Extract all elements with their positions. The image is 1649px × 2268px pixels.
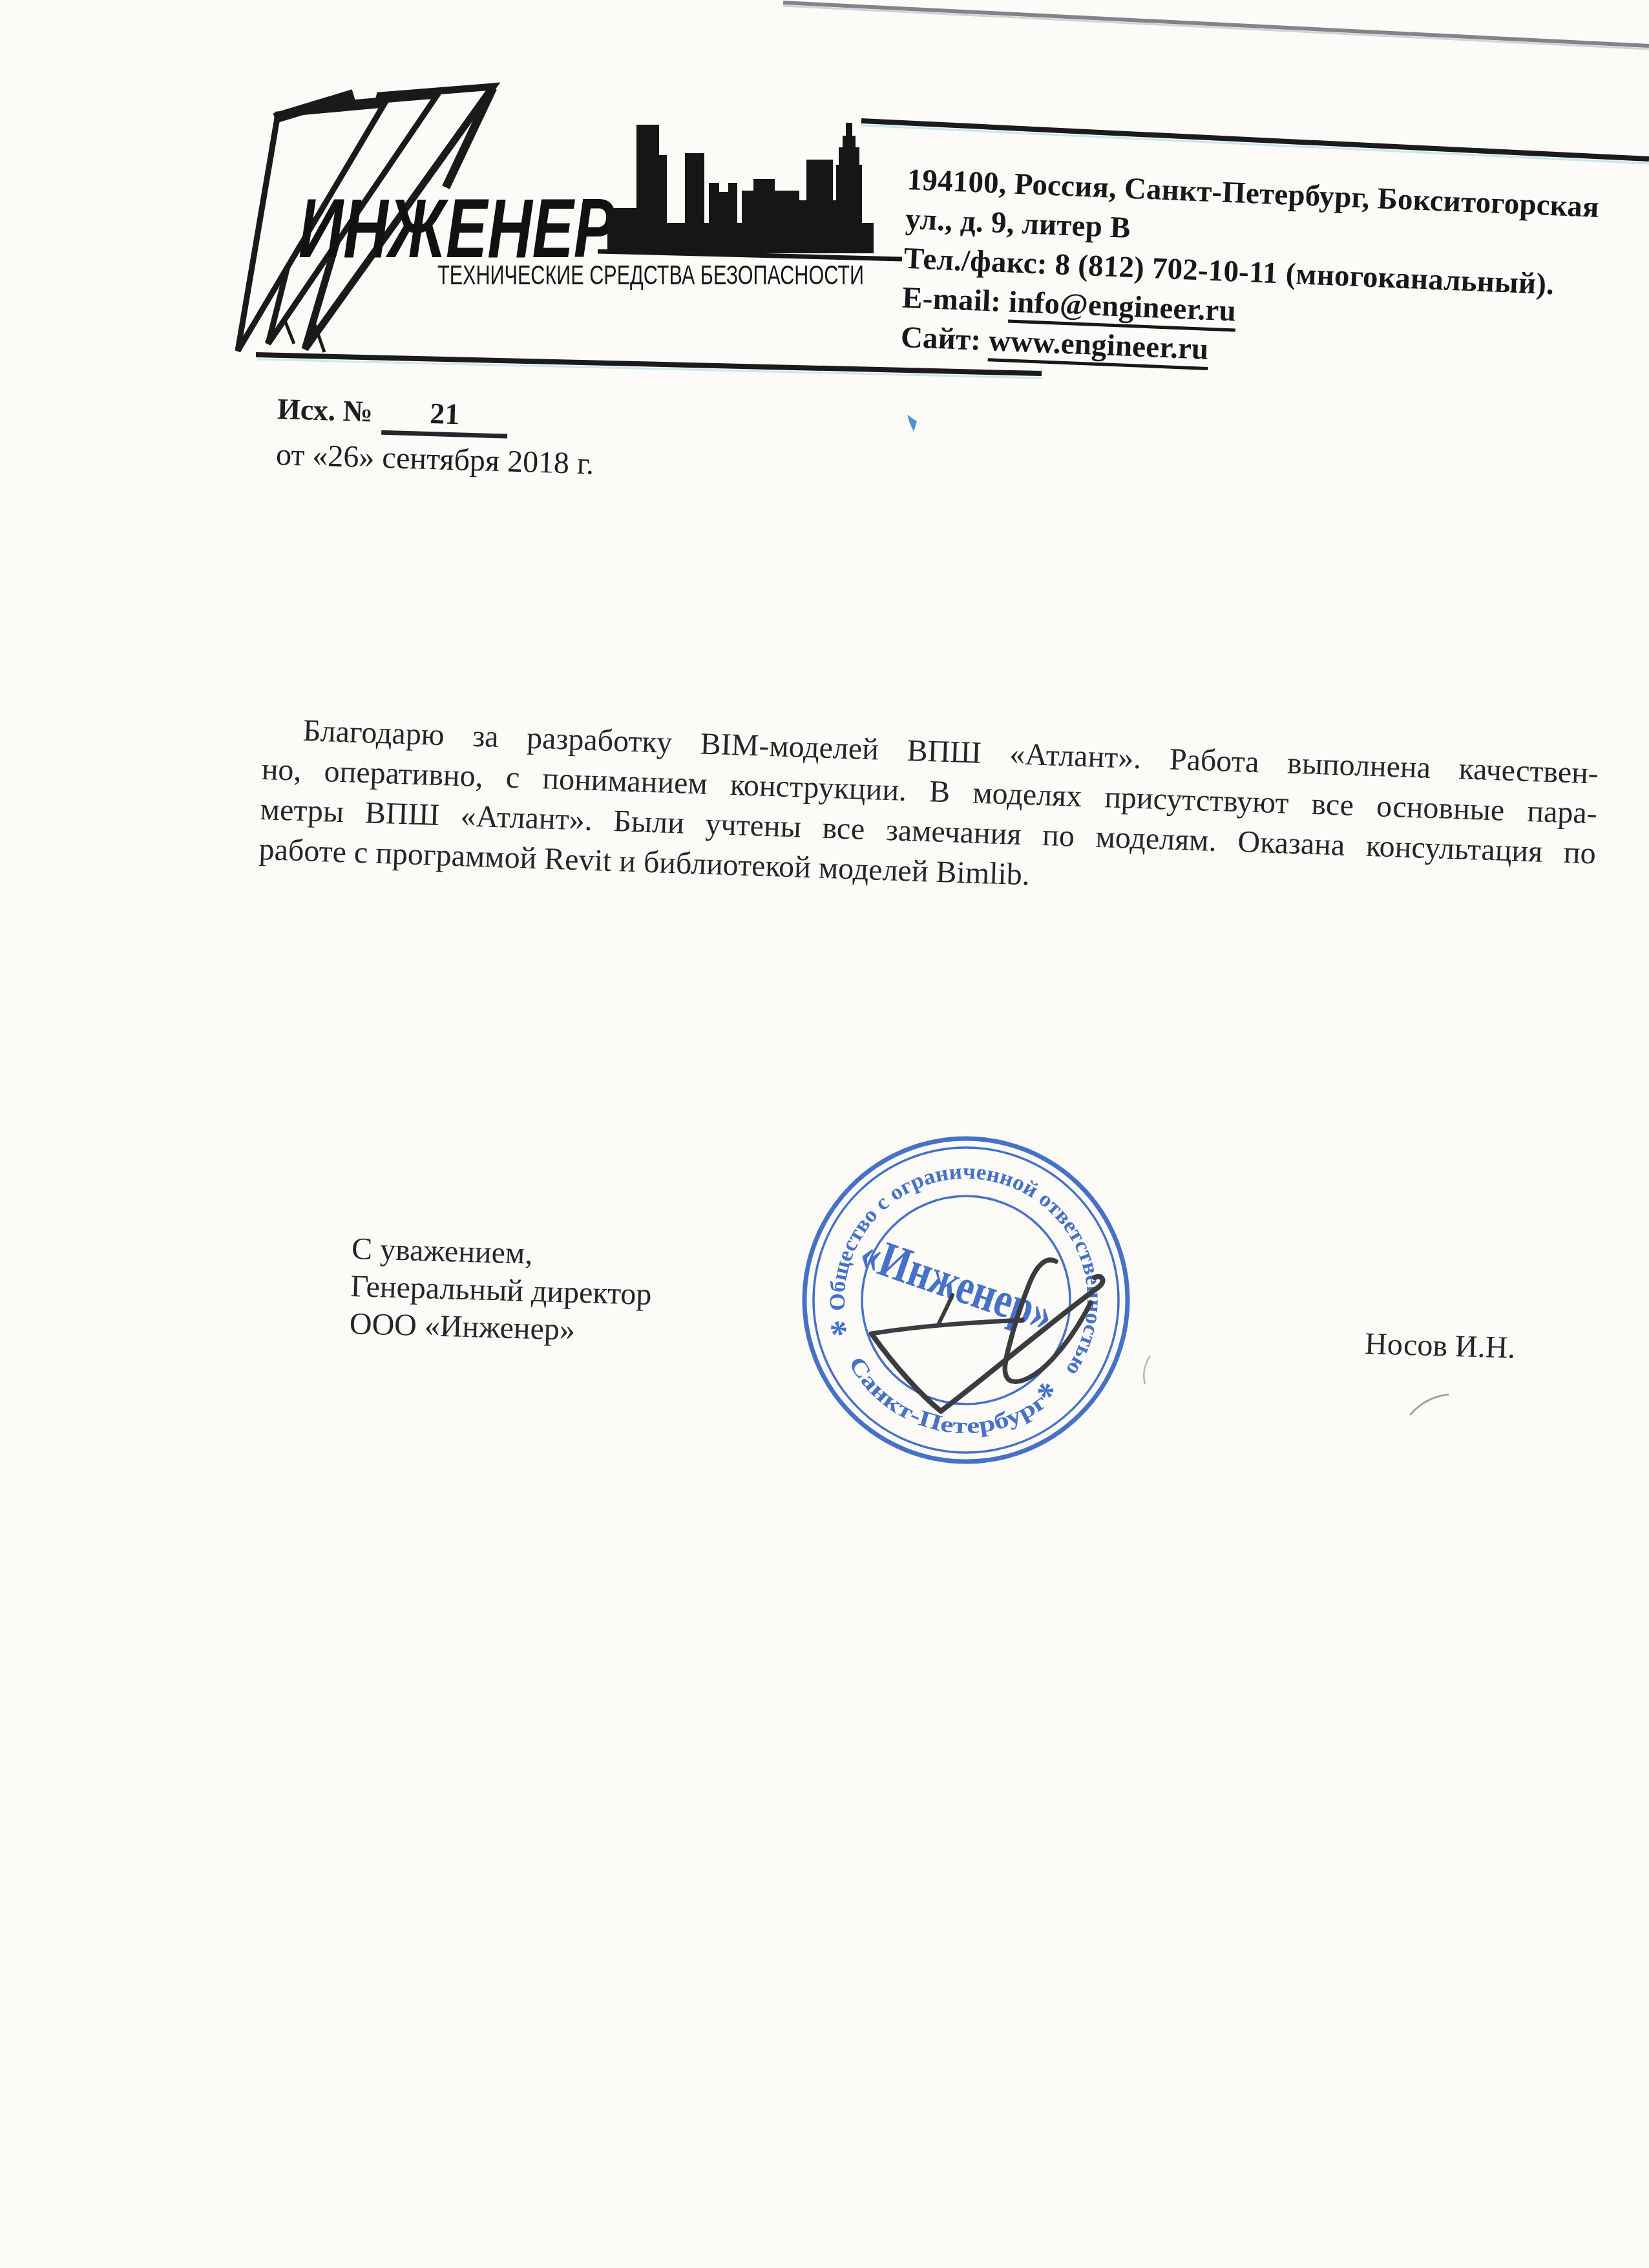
letterhead-rule-top: [861, 121, 1649, 163]
letterhead-contact-block: 194100, Россия, Санкт-Петербург, Боксито…: [900, 160, 1649, 388]
reference-number-row: Исх. №21: [277, 392, 596, 441]
website-label: Сайт:: [900, 320, 989, 357]
email-label: E-mail:: [901, 281, 1009, 319]
scan-edge-artifact: [783, 3, 1649, 49]
letterhead-rule-bottom: [256, 355, 1042, 378]
company-logo: ИНЖЕНЕР ТЕХНИЧЕСКИЕ СРЕДСТВА БЕЗОПАСНОСТ…: [238, 87, 902, 352]
logo-skyline-icon: [607, 123, 874, 253]
pen-mark-arc: [1410, 1394, 1449, 1415]
pen-mark-paren: [1144, 1356, 1150, 1384]
reference-label: Исх. №: [277, 392, 373, 428]
scanned-letter-page: ИНЖЕНЕР ТЕХНИЧЕСКИЕ СРЕДСТВА БЕЗОПАСНОСТ…: [0, 0, 1649, 2268]
reference-number: 21: [381, 395, 509, 439]
signoff-block: С уважением, Генеральный директор ООО «И…: [349, 1230, 653, 1351]
ink-speck: [907, 415, 917, 432]
reference-block: Исх. №21 от «26» сентября 2018 г.: [275, 392, 596, 482]
logo-tagline: ТЕХНИЧЕСКИЕ СРЕДСТВА БЕЗОПАСНОСТИ: [437, 260, 864, 290]
signer-name: Носов И.Н.: [1364, 1326, 1516, 1365]
svg-text:Санкт-Петербург: Санкт-Петербург: [844, 1352, 1051, 1438]
stamp-city-text: Санкт-Петербург: [844, 1352, 1051, 1438]
stamp-star-left: *: [826, 1312, 856, 1356]
